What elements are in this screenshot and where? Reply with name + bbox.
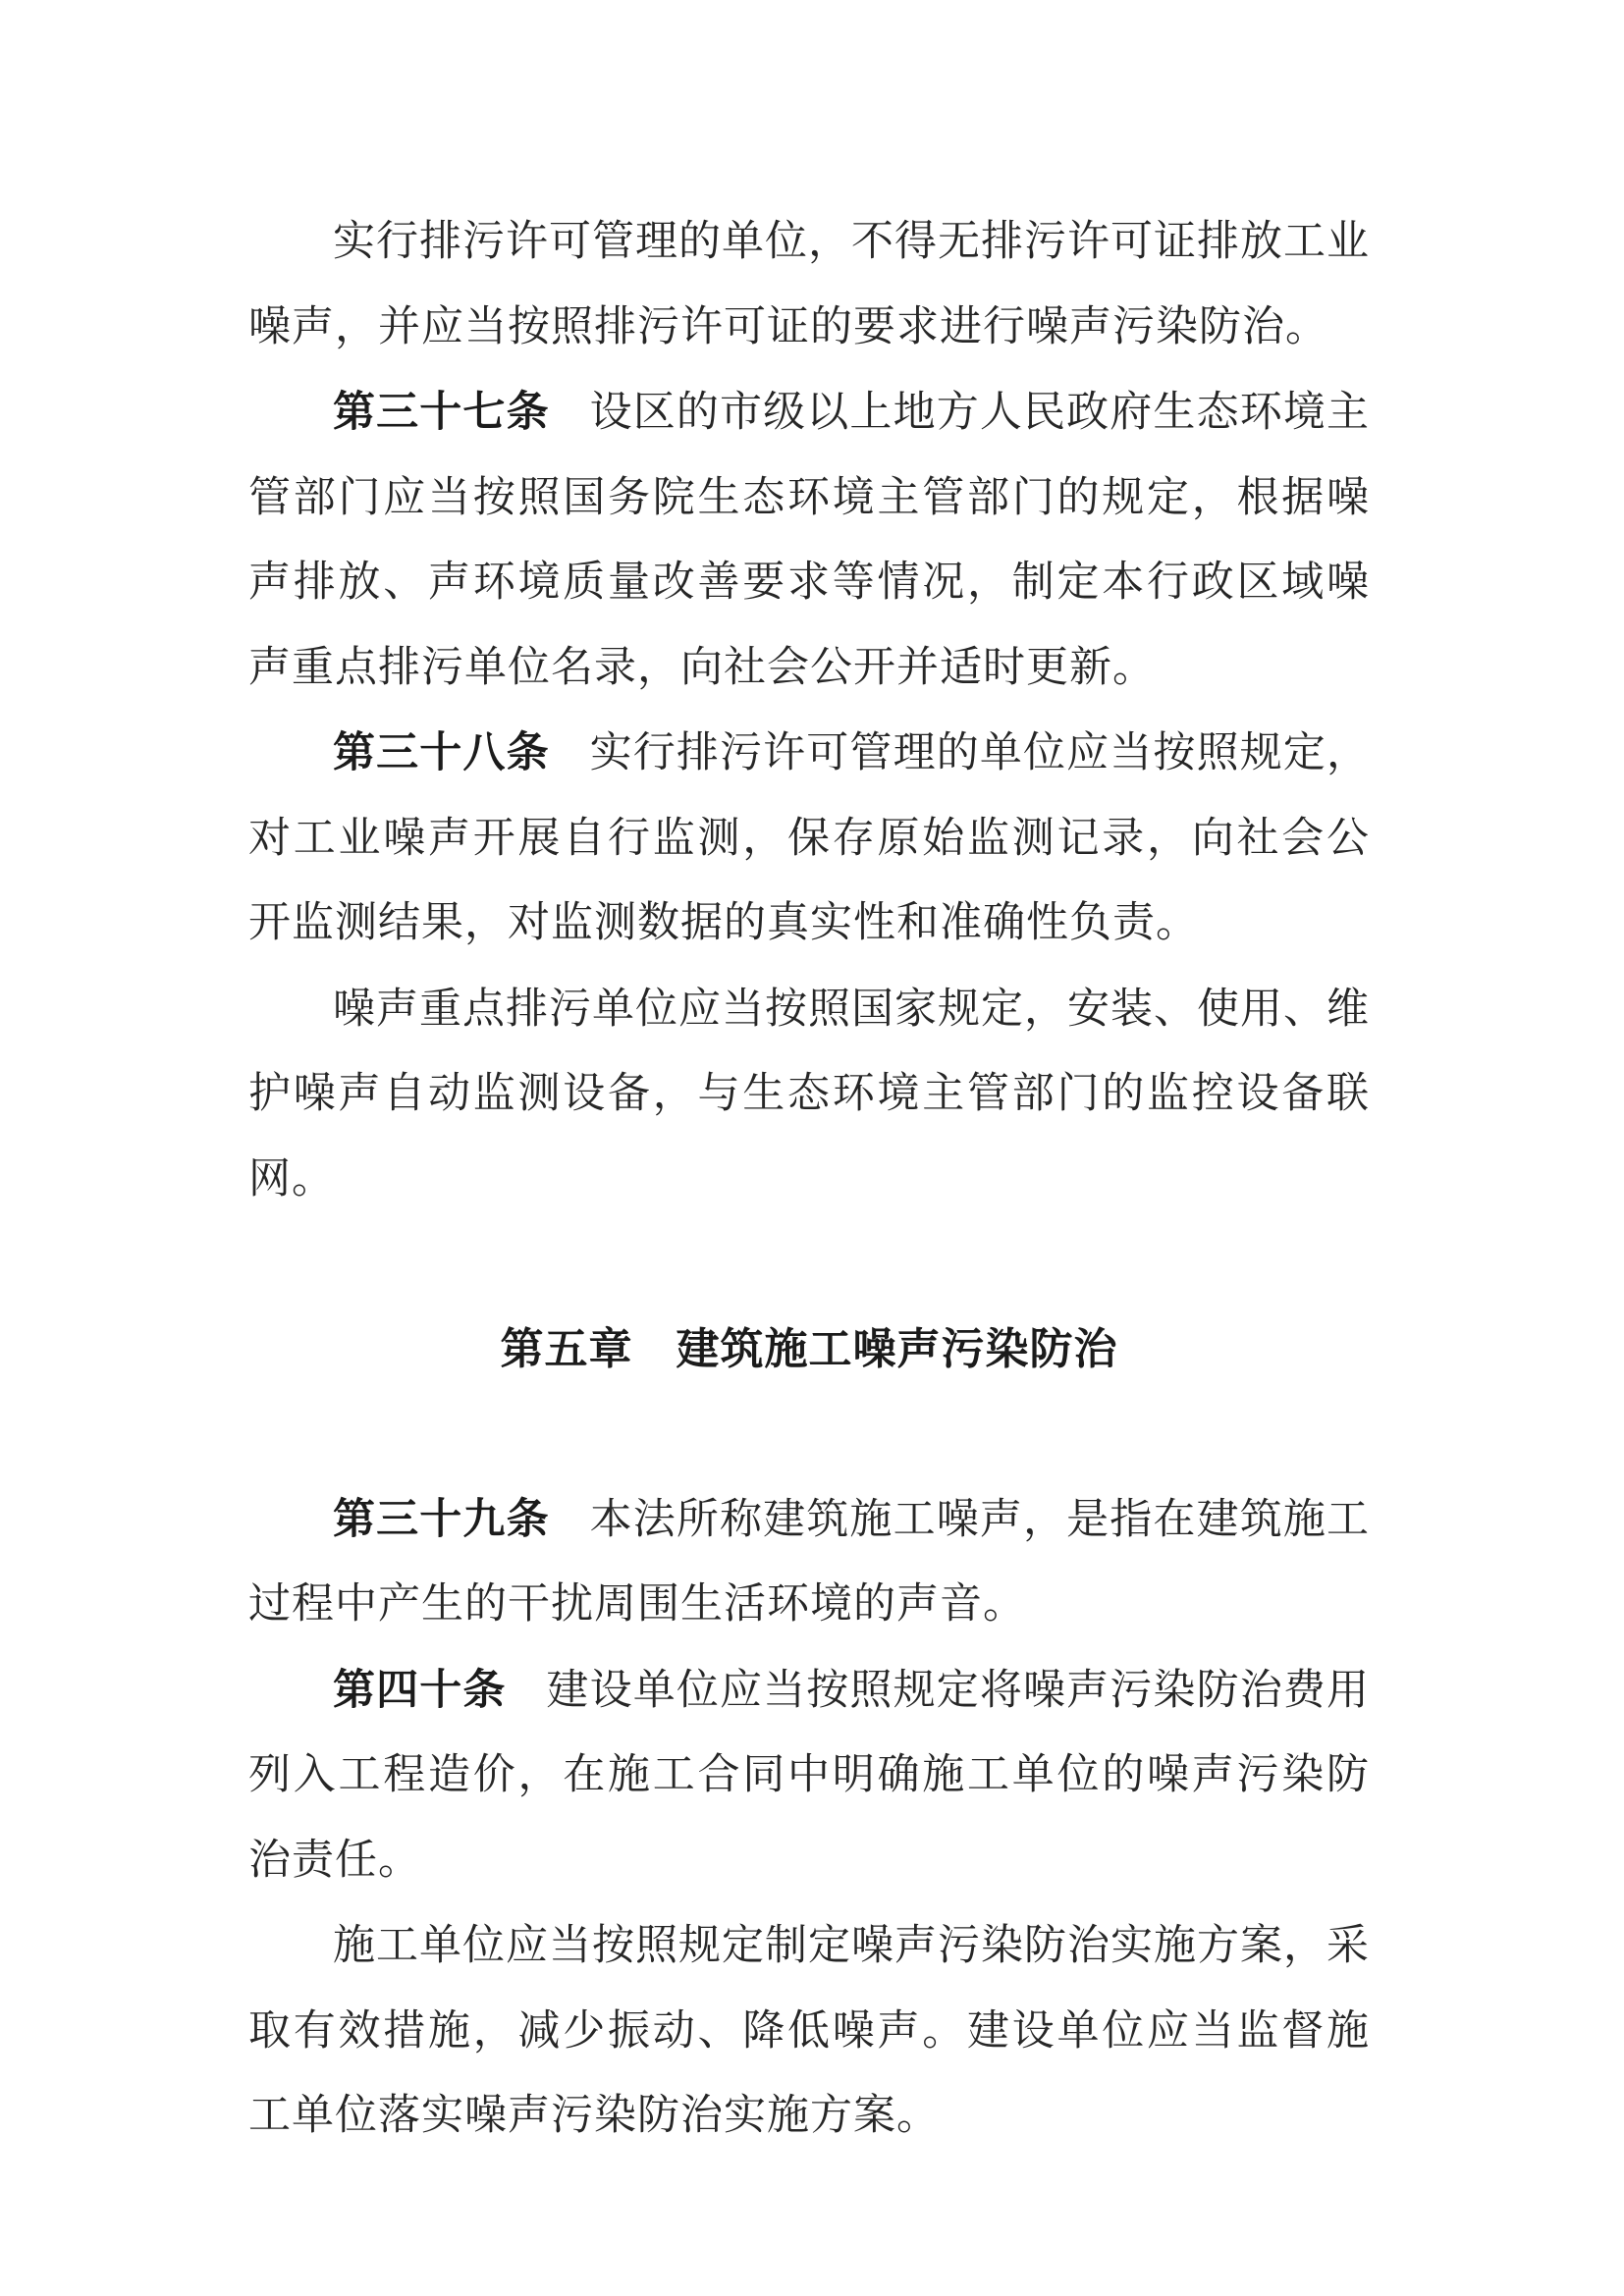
- chapter-heading: 第五章建筑施工噪声污染防治: [248, 1308, 1370, 1393]
- paragraph-text: 施工单位应当按照规定制定噪声污染防治实施方案，采取有效措施，减少振动、降低噪声。…: [248, 1923, 1370, 2139]
- article-number: 第四十条: [333, 1667, 507, 1714]
- paragraph-article-40-clause-2: 施工单位应当按照规定制定噪声污染防治实施方案，采取有效措施，减少振动、降低噪声。…: [248, 1903, 1370, 2160]
- article-number: 第三十七条: [333, 389, 550, 436]
- article-number: 第三十九条: [333, 1496, 550, 1543]
- paragraph-text: 噪声重点排污单位应当按照国家规定，安装、使用、维护噪声自动监测设备，与生态环境主…: [248, 987, 1370, 1202]
- paragraph-article-37: 第三十七条设区的市级以上地方人民政府生态环境主管部门应当按照国务院生态环境主管部…: [248, 370, 1370, 711]
- chapter-title: 建筑施工噪声污染防治: [677, 1325, 1118, 1373]
- document-page: 实行排污许可管理的单位，不得无排污许可证排放工业噪声，并应当按照排污许可证的要求…: [0, 0, 1624, 2296]
- article-number: 第三十八条: [333, 729, 550, 776]
- paragraph-article-40: 第四十条建设单位应当按照规定将噪声污染防治费用列入工程造价，在施工合同中明确施工…: [248, 1648, 1370, 1904]
- paragraph-article-39: 第三十九条本法所称建筑施工噪声，是指在建筑施工过程中产生的干扰周围生活环境的声音…: [248, 1477, 1370, 1648]
- paragraph-text: 实行排污许可管理的单位，不得无排污许可证排放工业噪声，并应当按照排污许可证的要求…: [248, 219, 1370, 350]
- paragraph-article-36-continuation: 实行排污许可管理的单位，不得无排污许可证排放工业噪声，并应当按照排污许可证的要求…: [248, 199, 1370, 370]
- paragraph-article-38: 第三十八条实行排污许可管理的单位应当按照规定，对工业噪声开展自行监测，保存原始监…: [248, 711, 1370, 967]
- text-block: 实行排污许可管理的单位，不得无排污许可证排放工业噪声，并应当按照排污许可证的要求…: [248, 199, 1370, 2160]
- chapter-number: 第五章: [501, 1325, 633, 1373]
- paragraph-article-38-clause-2: 噪声重点排污单位应当按照国家规定，安装、使用、维护噪声自动监测设备，与生态环境主…: [248, 967, 1370, 1223]
